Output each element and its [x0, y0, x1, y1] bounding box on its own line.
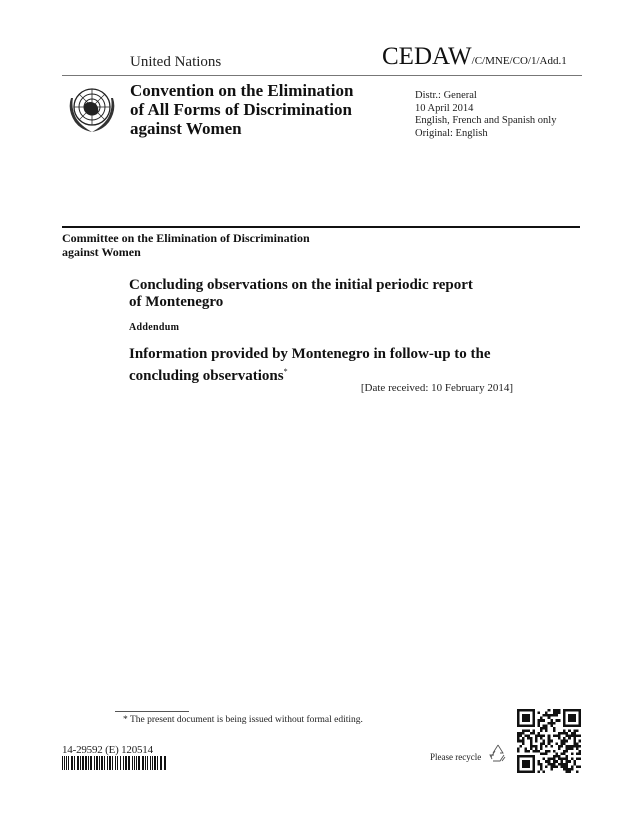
un-emblem-icon — [63, 80, 121, 138]
barcode-icon — [62, 756, 168, 770]
distribution-info: Distr.: General 10 April 2014 English, F… — [415, 90, 556, 140]
footnote-rule — [115, 711, 189, 712]
document-title: Concluding observations on the initial p… — [129, 277, 473, 311]
title-line: Concluding observations on the initial p… — [129, 277, 473, 294]
document-number: 14-29592 (E) 120514 — [62, 744, 153, 756]
organization-name: United Nations — [130, 54, 221, 71]
document-symbol: CEDAW/C/MNE/CO/1/Add.1 — [382, 43, 567, 71]
section-divider — [62, 226, 580, 228]
convention-name-line: of All Forms of Discrimination — [130, 100, 353, 119]
recycle-label: Please recycle — [430, 752, 481, 762]
addendum-label: Addendum — [129, 322, 179, 333]
symbol-suffix: /C/MNE/CO/1/Add.1 — [472, 55, 567, 67]
footnote: * The present document is being issued w… — [123, 715, 363, 725]
symbol-main: CEDAW — [382, 43, 472, 70]
issue-date: 10 April 2014 — [415, 103, 556, 116]
committee-name: Committee on the Elimination of Discrimi… — [62, 231, 310, 259]
header-divider — [62, 75, 582, 76]
convention-name-line: against Women — [130, 119, 353, 138]
subtitle-line: Information provided by Montenegro in fo… — [129, 346, 491, 363]
committee-line: Committee on the Elimination of Discrimi… — [62, 231, 310, 245]
recycle-icon — [487, 742, 509, 764]
document-subtitle: Information provided by Montenegro in fo… — [129, 346, 491, 385]
footnote-mark[interactable]: * — [284, 367, 288, 376]
committee-line: against Women — [62, 245, 310, 259]
convention-name-line: Convention on the Elimination — [130, 81, 353, 100]
date-received: [Date received: 10 February 2014] — [361, 382, 513, 394]
qr-code-icon — [517, 709, 581, 773]
subtitle-line: concluding observations — [129, 368, 284, 384]
convention-name: Convention on the Elimination of All For… — [130, 81, 353, 138]
languages: English, French and Spanish only — [415, 115, 556, 128]
original-language: Original: English — [415, 128, 556, 141]
distr-label: Distr.: General — [415, 90, 556, 103]
title-line: of Montenegro — [129, 294, 473, 311]
